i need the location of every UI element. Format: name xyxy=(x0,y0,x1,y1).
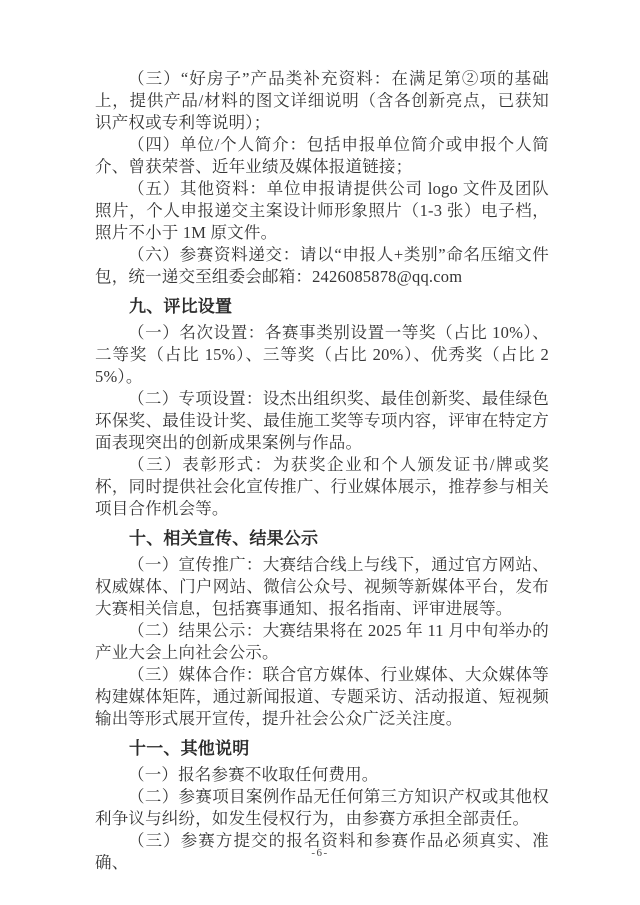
paragraph: （一）宣传推广：大赛结合线上与线下，通过官方网站、权威媒体、门户网站、微信公众号… xyxy=(95,554,549,620)
paragraph: （六）参赛资料递交：请以“申报人+类别”命名压缩文件包，统一递交至组委会邮箱：2… xyxy=(95,244,549,288)
section-heading: 十一、其他说明 xyxy=(95,737,549,760)
paragraph: （一）名次设置：各赛事类别设置一等奖（占比 10%）、二等奖（占比 15%）、三… xyxy=(95,322,549,388)
paragraph: （二）参赛项目案例作品无任何第三方知识产权或其他权利争议与纠纷，如发生侵权行为，… xyxy=(95,786,549,830)
paragraph: （三）媒体合作：联合官方媒体、行业媒体、大众媒体等构建媒体矩阵，通过新闻报道、专… xyxy=(95,664,549,730)
paragraph: （四）单位/个人简介：包括申报单位简介或申报个人简介、曾获荣誉、近年业绩及媒体报… xyxy=(95,134,549,178)
document-content: （三）“好房子”产品类补充资料：在满足第②项的基础上，提供产品/材料的图文详细说… xyxy=(95,68,549,874)
paragraph: （二）结果公示：大赛结果将在 2025 年 11 月中旬举办的产业大会上向社会公… xyxy=(95,620,549,664)
paragraph: （二）专项设置：设杰出组织奖、最佳创新奖、最佳绿色环保奖、最佳设计奖、最佳施工奖… xyxy=(95,388,549,454)
section-heading: 九、评比设置 xyxy=(95,295,549,318)
paragraph: （一）报名参赛不收取任何费用。 xyxy=(95,764,549,786)
paragraph: （三）“好房子”产品类补充资料：在满足第②项的基础上，提供产品/材料的图文详细说… xyxy=(95,68,549,134)
page-number: -6- xyxy=(0,847,640,859)
paragraph: （五）其他资料：单位申报请提供公司 logo 文件及团队照片，个人申报递交主案设… xyxy=(95,178,549,244)
section-heading: 十、相关宣传、结果公示 xyxy=(95,527,549,550)
document-page: （三）“好房子”产品类补充资料：在满足第②项的基础上，提供产品/材料的图文详细说… xyxy=(0,0,640,905)
paragraph: （三）表彰形式：为获奖企业和个人颁发证书/牌或奖杯，同时提供社会化宣传推广、行业… xyxy=(95,454,549,520)
